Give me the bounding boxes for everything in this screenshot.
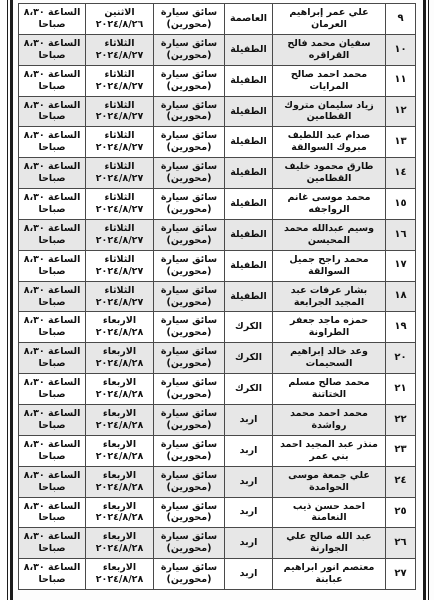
time-line1: الساعة ٨،٣٠ — [24, 501, 81, 513]
day-name: الثلاثاء — [105, 69, 135, 81]
cell-governorate: الطفيلة — [224, 127, 272, 157]
cell-day-date: الثلاثاء ٢٠٢٤/٨/٢٧ — [85, 35, 153, 65]
cell-day-date: الاربعاء ٢٠٢٤/٨/٢٨ — [85, 528, 153, 558]
job-title-line1: سائق سيارة — [161, 161, 217, 173]
cell-job-title: سائق سيارة (محورين) — [153, 97, 224, 127]
cell-governorate: الطفيلة — [224, 66, 272, 96]
time-line1: الساعة ٨،٣٠ — [24, 69, 81, 81]
job-title-line1: سائق سيارة — [161, 439, 217, 451]
table-row: ١٠ سفيان محمد فالح القراقره الطفيلة سائق… — [19, 35, 415, 66]
job-title-line2: (محورين) — [167, 173, 212, 185]
cell-job-title: سائق سيارة (محورين) — [153, 405, 224, 435]
time-line1: الساعة ٨،٣٠ — [24, 161, 81, 173]
job-title-line1: سائق سيارة — [161, 470, 217, 482]
time-line1: الساعة ٨،٣٠ — [24, 38, 81, 50]
day-name: الثلاثاء — [105, 223, 135, 235]
job-title-line2: (محورين) — [167, 512, 212, 524]
cell-governorate: الكرك — [224, 312, 272, 342]
cell-time: الساعة ٨،٣٠ صباحا — [19, 127, 85, 157]
cell-time: الساعة ٨،٣٠ صباحا — [19, 251, 85, 281]
cell-person-name: سفيان محمد فالح القراقره — [272, 35, 385, 65]
cell-job-title: سائق سيارة (محورين) — [153, 436, 224, 466]
day-name: الاثنين — [104, 7, 134, 19]
cell-time: الساعة ٨،٣٠ صباحا — [19, 220, 85, 250]
job-title-line1: سائق سيارة — [161, 285, 217, 297]
job-title-line1: سائق سيارة — [161, 7, 217, 19]
cell-row-number: ١١ — [385, 66, 415, 96]
cell-governorate: الطفيلة — [224, 97, 272, 127]
time-line2: صباحا — [38, 142, 65, 154]
cell-row-number: ١٢ — [385, 97, 415, 127]
time-line1: الساعة ٨،٣٠ — [24, 531, 81, 543]
cell-job-title: سائق سيارة (محورين) — [153, 66, 224, 96]
date-value: ٢٠٢٤/٨/٢٧ — [96, 111, 144, 123]
cell-time: الساعة ٨،٣٠ صباحا — [19, 35, 85, 65]
job-title-line1: سائق سيارة — [161, 562, 217, 574]
table-row: ١٣ صدام عبد اللطيف مبروك السوالقة الطفيل… — [19, 127, 415, 158]
cell-row-number: ١٠ — [385, 35, 415, 65]
job-title-line2: (محورين) — [167, 574, 212, 586]
cell-row-number: ٢٥ — [385, 498, 415, 528]
date-value: ٢٠٢٤/٨/٢٨ — [96, 512, 144, 524]
cell-time: الساعة ٨،٣٠ صباحا — [19, 189, 85, 219]
cell-governorate: الطفيلة — [224, 220, 272, 250]
date-value: ٢٠٢٤/٨/٢٦ — [96, 19, 144, 31]
cell-job-title: سائق سيارة (محورين) — [153, 467, 224, 497]
time-line1: الساعة ٨،٣٠ — [24, 192, 81, 204]
cell-job-title: سائق سيارة (محورين) — [153, 127, 224, 157]
cell-time: الساعة ٨،٣٠ صباحا — [19, 66, 85, 96]
date-value: ٢٠٢٤/٨/٢٨ — [96, 389, 144, 401]
day-name: الاربعاء — [103, 470, 136, 482]
cell-day-date: الثلاثاء ٢٠٢٤/٨/٢٧ — [85, 282, 153, 312]
cell-time: الساعة ٨،٣٠ صباحا — [19, 4, 85, 34]
page-frame-right-outer-line — [428, 0, 429, 600]
cell-day-date: الثلاثاء ٢٠٢٤/٨/٢٧ — [85, 251, 153, 281]
day-name: الاربعاء — [103, 562, 136, 574]
cell-time: الساعة ٨،٣٠ صباحا — [19, 343, 85, 373]
job-title-line1: سائق سيارة — [161, 38, 217, 50]
cell-governorate: اربد — [224, 559, 272, 589]
cell-time: الساعة ٨،٣٠ صباحا — [19, 312, 85, 342]
cell-governorate: الطفيلة — [224, 35, 272, 65]
cell-job-title: سائق سيارة (محورين) — [153, 220, 224, 250]
job-title-line2: (محورين) — [167, 451, 212, 463]
date-value: ٢٠٢٤/٨/٢٧ — [96, 50, 144, 62]
cell-governorate: العاصمة — [224, 4, 272, 34]
time-line2: صباحا — [38, 235, 65, 247]
table-row: ١٨ بشار عرفات عبد المجيد الجرابعة الطفيل… — [19, 282, 415, 313]
job-title-line2: (محورين) — [167, 358, 212, 370]
day-name: الاربعاء — [103, 501, 136, 513]
table-row: ١٤ طارق محمود خليف القطامين الطفيلة سائق… — [19, 158, 415, 189]
cell-job-title: سائق سيارة (محورين) — [153, 35, 224, 65]
time-line1: الساعة ٨،٣٠ — [24, 254, 81, 266]
cell-time: الساعة ٨،٣٠ صباحا — [19, 467, 85, 497]
job-title-line2: (محورين) — [167, 389, 212, 401]
cell-day-date: الاربعاء ٢٠٢٤/٨/٢٨ — [85, 374, 153, 404]
job-title-line2: (محورين) — [167, 19, 212, 31]
cell-person-name: حمزه ماجد جعفر الطراونة — [272, 312, 385, 342]
time-line1: الساعة ٨،٣٠ — [24, 346, 81, 358]
cell-governorate: الكرك — [224, 374, 272, 404]
time-line2: صباحا — [38, 327, 65, 339]
cell-job-title: سائق سيارة (محورين) — [153, 559, 224, 589]
cell-person-name: طارق محمود خليف القطامين — [272, 158, 385, 188]
job-title-line2: (محورين) — [167, 142, 212, 154]
cell-person-name: وعد خالد إبراهيم السحيمات — [272, 343, 385, 373]
date-value: ٢٠٢٤/٨/٢٧ — [96, 235, 144, 247]
day-name: الثلاثاء — [105, 285, 135, 297]
job-title-line2: (محورين) — [167, 50, 212, 62]
day-name: الثلاثاء — [105, 130, 135, 142]
job-title-line2: (محورين) — [167, 111, 212, 123]
day-name: الثلاثاء — [105, 38, 135, 50]
table-row: ٢١ محمد صالح مسلم الختاتنة الكرك سائق سي… — [19, 374, 415, 405]
document-page: { "page": { "background": "#fdfdfd", "fr… — [0, 0, 434, 600]
day-name: الاربعاء — [103, 346, 136, 358]
time-line2: صباحا — [38, 266, 65, 278]
job-title-line1: سائق سيارة — [161, 254, 217, 266]
table-row: ١١ محمد احمد صالح المرايات الطفيلة سائق … — [19, 66, 415, 97]
cell-person-name: علي جمعة موسى الحوامدة — [272, 467, 385, 497]
cell-row-number: ١٦ — [385, 220, 415, 250]
day-name: الاربعاء — [103, 439, 136, 451]
time-line2: صباحا — [38, 173, 65, 185]
cell-person-name: صدام عبد اللطيف مبروك السوالقة — [272, 127, 385, 157]
cell-day-date: الاربعاء ٢٠٢٤/٨/٢٨ — [85, 436, 153, 466]
job-title-line1: سائق سيارة — [161, 100, 217, 112]
job-title-line2: (محورين) — [167, 327, 212, 339]
cell-job-title: سائق سيارة (محورين) — [153, 189, 224, 219]
table-row: ١٩ حمزه ماجد جعفر الطراونة الكرك سائق سي… — [19, 312, 415, 343]
time-line2: صباحا — [38, 111, 65, 123]
job-title-line1: سائق سيارة — [161, 346, 217, 358]
table-row: ١٥ محمد موسى غانم الرواجفه الطفيلة سائق … — [19, 189, 415, 220]
time-line2: صباحا — [38, 50, 65, 62]
time-line2: صباحا — [38, 297, 65, 309]
cell-time: الساعة ٨،٣٠ صباحا — [19, 436, 85, 466]
date-value: ٢٠٢٤/٨/٢٨ — [96, 482, 144, 494]
job-title-line2: (محورين) — [167, 297, 212, 309]
cell-job-title: سائق سيارة (محورين) — [153, 4, 224, 34]
date-value: ٢٠٢٤/٨/٢٨ — [96, 574, 144, 586]
cell-governorate: اربد — [224, 528, 272, 558]
time-line2: صباحا — [38, 543, 65, 555]
cell-day-date: الاربعاء ٢٠٢٤/٨/٢٨ — [85, 343, 153, 373]
cell-job-title: سائق سيارة (محورين) — [153, 498, 224, 528]
time-line1: الساعة ٨،٣٠ — [24, 562, 81, 574]
day-name: الاربعاء — [103, 315, 136, 327]
cell-person-name: محمد راجح جميل السوالقة — [272, 251, 385, 281]
cell-row-number: ١٩ — [385, 312, 415, 342]
cell-time: الساعة ٨،٣٠ صباحا — [19, 528, 85, 558]
cell-time: الساعة ٨،٣٠ صباحا — [19, 559, 85, 589]
time-line1: الساعة ٨،٣٠ — [24, 377, 81, 389]
date-value: ٢٠٢٤/٨/٢٧ — [96, 81, 144, 93]
time-line2: صباحا — [38, 512, 65, 524]
cell-governorate: اربد — [224, 436, 272, 466]
cell-day-date: الثلاثاء ٢٠٢٤/٨/٢٧ — [85, 158, 153, 188]
cell-row-number: ٢١ — [385, 374, 415, 404]
cell-job-title: سائق سيارة (محورين) — [153, 528, 224, 558]
time-line2: صباحا — [38, 389, 65, 401]
cell-governorate: اربد — [224, 405, 272, 435]
cell-person-name: وسيم عبدالله محمد المحيسن — [272, 220, 385, 250]
cell-person-name: محمد موسى غانم الرواجفه — [272, 189, 385, 219]
cell-row-number: ٢٧ — [385, 559, 415, 589]
job-title-line1: سائق سيارة — [161, 531, 217, 543]
cell-governorate: اربد — [224, 467, 272, 497]
cell-person-name: علي عمر إبراهيم العرمان — [272, 4, 385, 34]
job-title-line2: (محورين) — [167, 420, 212, 432]
time-line1: الساعة ٨،٣٠ — [24, 223, 81, 235]
day-name: الاربعاء — [103, 408, 136, 420]
table-row: ٩ علي عمر إبراهيم العرمان العاصمة سائق س… — [19, 4, 415, 35]
time-line2: صباحا — [38, 81, 65, 93]
day-name: الثلاثاء — [105, 254, 135, 266]
date-value: ٢٠٢٤/٨/٢٨ — [96, 358, 144, 370]
cell-row-number: ٢٢ — [385, 405, 415, 435]
cell-job-title: سائق سيارة (محورين) — [153, 374, 224, 404]
cell-row-number: ١٧ — [385, 251, 415, 281]
time-line1: الساعة ٨،٣٠ — [24, 408, 81, 420]
cell-job-title: سائق سيارة (محورين) — [153, 312, 224, 342]
date-value: ٢٠٢٤/٨/٢٧ — [96, 297, 144, 309]
job-title-line2: (محورين) — [167, 81, 212, 93]
date-value: ٢٠٢٤/٨/٢٨ — [96, 451, 144, 463]
cell-row-number: ٢٦ — [385, 528, 415, 558]
time-line1: الساعة ٨،٣٠ — [24, 315, 81, 327]
page-frame-right-inner-line — [423, 0, 426, 600]
job-title-line2: (محورين) — [167, 543, 212, 555]
cell-job-title: سائق سيارة (محورين) — [153, 282, 224, 312]
table-row: ٢٧ معتصم انور ابراهيم عبابنة اربد سائق س… — [19, 559, 415, 589]
time-line1: الساعة ٨،٣٠ — [24, 285, 81, 297]
job-title-line1: سائق سيارة — [161, 377, 217, 389]
cell-row-number: ٢٤ — [385, 467, 415, 497]
cell-person-name: بشار عرفات عبد المجيد الجرابعة — [272, 282, 385, 312]
cell-day-date: الاثنين ٢٠٢٤/٨/٢٦ — [85, 4, 153, 34]
page-frame-left-outer-line — [7, 0, 8, 600]
job-title-line2: (محورين) — [167, 482, 212, 494]
date-value: ٢٠٢٤/٨/٢٨ — [96, 327, 144, 339]
cell-day-date: الاربعاء ٢٠٢٤/٨/٢٨ — [85, 498, 153, 528]
cell-governorate: الطفيلة — [224, 158, 272, 188]
cell-row-number: ١٤ — [385, 158, 415, 188]
cell-governorate: الطفيلة — [224, 282, 272, 312]
job-title-line1: سائق سيارة — [161, 408, 217, 420]
date-value: ٢٠٢٤/٨/٢٧ — [96, 266, 144, 278]
day-name: الاربعاء — [103, 377, 136, 389]
time-line2: صباحا — [38, 451, 65, 463]
cell-day-date: الثلاثاء ٢٠٢٤/٨/٢٧ — [85, 127, 153, 157]
time-line2: صباحا — [38, 574, 65, 586]
time-line2: صباحا — [38, 19, 65, 31]
table-row: ١٧ محمد راجح جميل السوالقة الطفيلة سائق … — [19, 251, 415, 282]
schedule-table: ٩ علي عمر إبراهيم العرمان العاصمة سائق س… — [18, 3, 416, 590]
table-row: ٢٦ عبد الله صالح علي الجوارنة اربد سائق … — [19, 528, 415, 559]
cell-person-name: محمد احمد محمد رواشدة — [272, 405, 385, 435]
day-name: الثلاثاء — [105, 100, 135, 112]
cell-day-date: الاربعاء ٢٠٢٤/٨/٢٨ — [85, 559, 153, 589]
table-row: ١٢ زياد سليمان متروك القطامين الطفيلة سا… — [19, 97, 415, 128]
time-line2: صباحا — [38, 482, 65, 494]
cell-job-title: سائق سيارة (محورين) — [153, 158, 224, 188]
cell-person-name: عبد الله صالح علي الجوارنة — [272, 528, 385, 558]
time-line2: صباحا — [38, 420, 65, 432]
cell-governorate: الطفيلة — [224, 251, 272, 281]
cell-day-date: الاربعاء ٢٠٢٤/٨/٢٨ — [85, 312, 153, 342]
cell-governorate: الكرك — [224, 343, 272, 373]
time-line1: الساعة ٨،٣٠ — [24, 100, 81, 112]
date-value: ٢٠٢٤/٨/٢٨ — [96, 420, 144, 432]
cell-time: الساعة ٨،٣٠ صباحا — [19, 158, 85, 188]
job-title-line2: (محورين) — [167, 204, 212, 216]
cell-time: الساعة ٨،٣٠ صباحا — [19, 97, 85, 127]
table-row: ١٦ وسيم عبدالله محمد المحيسن الطفيلة سائ… — [19, 220, 415, 251]
table-row: ٢٣ منذر عبد المجيد احمد بني عمر اربد سائ… — [19, 436, 415, 467]
job-title-line1: سائق سيارة — [161, 192, 217, 204]
cell-person-name: محمد صالح مسلم الختاتنة — [272, 374, 385, 404]
cell-day-date: الثلاثاء ٢٠٢٤/٨/٢٧ — [85, 189, 153, 219]
table-row: ٢٤ علي جمعة موسى الحوامدة اربد سائق سيار… — [19, 467, 415, 498]
cell-day-date: الاربعاء ٢٠٢٤/٨/٢٨ — [85, 467, 153, 497]
time-line1: الساعة ٨،٣٠ — [24, 130, 81, 142]
date-value: ٢٠٢٤/٨/٢٧ — [96, 142, 144, 154]
cell-row-number: ١٥ — [385, 189, 415, 219]
date-value: ٢٠٢٤/٨/٢٧ — [96, 204, 144, 216]
job-title-line1: سائق سيارة — [161, 69, 217, 81]
cell-person-name: منذر عبد المجيد احمد بني عمر — [272, 436, 385, 466]
cell-day-date: الاربعاء ٢٠٢٤/٨/٢٨ — [85, 405, 153, 435]
cell-governorate: اربد — [224, 498, 272, 528]
cell-governorate: الطفيلة — [224, 189, 272, 219]
table-row: ٢٠ وعد خالد إبراهيم السحيمات الكرك سائق … — [19, 343, 415, 374]
cell-day-date: الثلاثاء ٢٠٢٤/٨/٢٧ — [85, 66, 153, 96]
table-row: ٢٢ محمد احمد محمد رواشدة اربد سائق سيارة… — [19, 405, 415, 436]
time-line1: الساعة ٨،٣٠ — [24, 470, 81, 482]
time-line1: الساعة ٨،٣٠ — [24, 439, 81, 451]
cell-row-number: ٩ — [385, 4, 415, 34]
cell-row-number: ١٣ — [385, 127, 415, 157]
time-line2: صباحا — [38, 204, 65, 216]
cell-row-number: ٢٣ — [385, 436, 415, 466]
cell-job-title: سائق سيارة (محورين) — [153, 343, 224, 373]
cell-person-name: احمد حسن ذيب النعامنة — [272, 498, 385, 528]
job-title-line2: (محورين) — [167, 266, 212, 278]
day-name: الاربعاء — [103, 531, 136, 543]
cell-day-date: الثلاثاء ٢٠٢٤/٨/٢٧ — [85, 220, 153, 250]
cell-time: الساعة ٨،٣٠ صباحا — [19, 498, 85, 528]
cell-person-name: زياد سليمان متروك القطامين — [272, 97, 385, 127]
cell-time: الساعة ٨،٣٠ صباحا — [19, 405, 85, 435]
cell-job-title: سائق سيارة (محورين) — [153, 251, 224, 281]
date-value: ٢٠٢٤/٨/٢٧ — [96, 173, 144, 185]
cell-person-name: محمد احمد صالح المرايات — [272, 66, 385, 96]
day-name: الثلاثاء — [105, 192, 135, 204]
cell-time: الساعة ٨،٣٠ صباحا — [19, 282, 85, 312]
table-row: ٢٥ احمد حسن ذيب النعامنة اربد سائق سيارة… — [19, 498, 415, 529]
cell-person-name: معتصم انور ابراهيم عبابنة — [272, 559, 385, 589]
day-name: الثلاثاء — [105, 161, 135, 173]
page-frame-left-inner-line — [10, 0, 13, 600]
cell-row-number: ١٨ — [385, 282, 415, 312]
job-title-line1: سائق سيارة — [161, 315, 217, 327]
job-title-line1: سائق سيارة — [161, 130, 217, 142]
time-line2: صباحا — [38, 358, 65, 370]
cell-row-number: ٢٠ — [385, 343, 415, 373]
cell-day-date: الثلاثاء ٢٠٢٤/٨/٢٧ — [85, 97, 153, 127]
date-value: ٢٠٢٤/٨/٢٨ — [96, 543, 144, 555]
job-title-line2: (محورين) — [167, 235, 212, 247]
job-title-line1: سائق سيارة — [161, 501, 217, 513]
job-title-line1: سائق سيارة — [161, 223, 217, 235]
cell-time: الساعة ٨،٣٠ صباحا — [19, 374, 85, 404]
time-line1: الساعة ٨،٣٠ — [24, 7, 81, 19]
